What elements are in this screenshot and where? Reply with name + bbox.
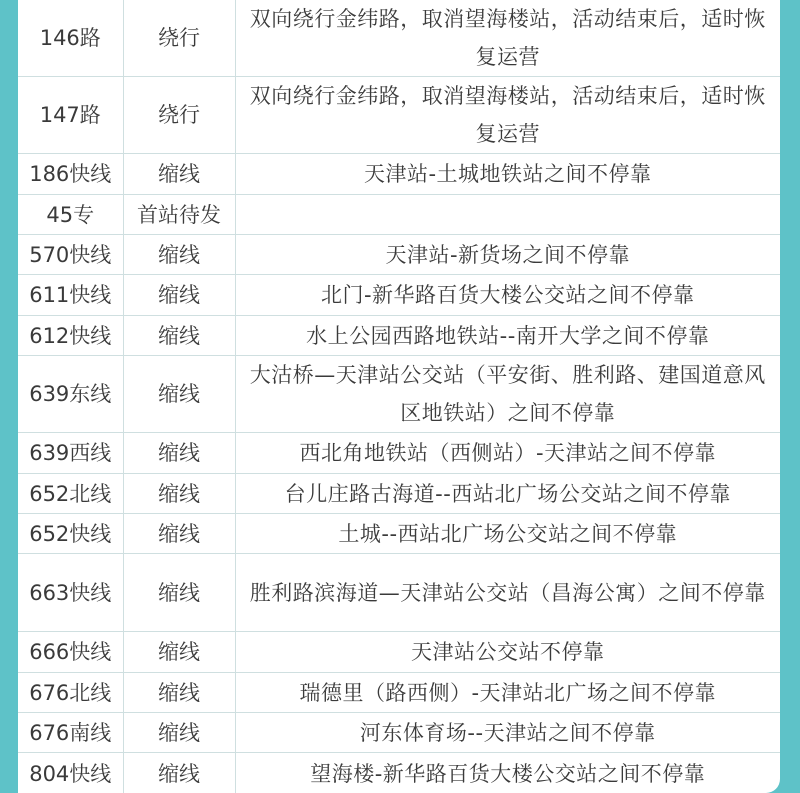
adjustment-type-cell: 缩线: [123, 554, 235, 632]
adjustment-type-cell: 首站待发: [123, 195, 235, 235]
description-cell: 双向绕行金纬路，取消望海楼站，活动结束后，适时恢复运营: [235, 0, 780, 77]
route-cell: 652快线: [18, 514, 123, 554]
route-cell: 804快线: [18, 753, 123, 793]
description-cell: 台儿庄路古海道--西站北广场公交站之间不停靠: [235, 474, 780, 514]
route-cell: 639西线: [18, 433, 123, 474]
route-cell: 147路: [18, 77, 123, 154]
route-cell: 146路: [18, 0, 123, 77]
route-cell: 666快线: [18, 632, 123, 673]
adjustment-type-cell: 缩线: [123, 275, 235, 316]
description-cell: 天津站公交站不停靠: [235, 632, 780, 673]
table-row: 652快线 缩线 土城--西站北广场公交站之间不停靠: [18, 514, 780, 554]
adjustment-type-cell: 缩线: [123, 713, 235, 753]
route-adjustment-table: 146路 绕行 双向绕行金纬路，取消望海楼站，活动结束后，适时恢复运营 147路…: [18, 0, 780, 793]
route-cell: 570快线: [18, 235, 123, 275]
adjustment-type-cell: 缩线: [123, 433, 235, 474]
adjustment-type-cell: 缩线: [123, 753, 235, 793]
adjustment-type-cell: 缩线: [123, 474, 235, 514]
table-row: 666快线 缩线 天津站公交站不停靠: [18, 632, 780, 673]
route-cell: 663快线: [18, 554, 123, 632]
adjustment-type-cell: 缩线: [123, 154, 235, 195]
adjustment-type-cell: 缩线: [123, 235, 235, 275]
route-cell: 676北线: [18, 673, 123, 713]
description-cell: 天津站-新货场之间不停靠: [235, 235, 780, 275]
table-row: 146路 绕行 双向绕行金纬路，取消望海楼站，活动结束后，适时恢复运营: [18, 0, 780, 77]
route-cell: 652北线: [18, 474, 123, 514]
table-row: 570快线 缩线 天津站-新货场之间不停靠: [18, 235, 780, 275]
adjustment-type-cell: 绕行: [123, 0, 235, 77]
adjustment-type-cell: 缩线: [123, 632, 235, 673]
route-cell: 186快线: [18, 154, 123, 195]
description-cell: 水上公园西路地铁站--南开大学之间不停靠: [235, 316, 780, 356]
table-row: 676南线 缩线 河东体育场--天津站之间不停靠: [18, 713, 780, 753]
description-cell: 河东体育场--天津站之间不停靠: [235, 713, 780, 753]
description-cell: 天津站-土城地铁站之间不停靠: [235, 154, 780, 195]
adjustment-type-cell: 绕行: [123, 77, 235, 154]
description-cell: [235, 195, 780, 235]
table-row: 663快线 缩线 胜利路滨海道—天津站公交站（昌海公寓）之间不停靠: [18, 554, 780, 632]
route-cell: 45专: [18, 195, 123, 235]
route-cell: 676南线: [18, 713, 123, 753]
table-row: 639西线 缩线 西北角地铁站（西侧站）-天津站之间不停靠: [18, 433, 780, 474]
route-cell: 639东线: [18, 356, 123, 433]
table-row: 611快线 缩线 北门-新华路百货大楼公交站之间不停靠: [18, 275, 780, 316]
notice-table-frame: 146路 绕行 双向绕行金纬路，取消望海楼站，活动结束后，适时恢复运营 147路…: [18, 0, 780, 793]
adjustment-type-cell: 缩线: [123, 673, 235, 713]
description-cell: 土城--西站北广场公交站之间不停靠: [235, 514, 780, 554]
description-cell: 西北角地铁站（西侧站）-天津站之间不停靠: [235, 433, 780, 474]
table-row: 45专 首站待发: [18, 195, 780, 235]
table-row: 639东线 缩线 大沽桥—天津站公交站（平安街、胜利路、建国道意风区地铁站）之间…: [18, 356, 780, 433]
route-cell: 612快线: [18, 316, 123, 356]
route-cell: 611快线: [18, 275, 123, 316]
table-row: 147路 绕行 双向绕行金纬路，取消望海楼站，活动结束后，适时恢复运营: [18, 77, 780, 154]
table-row: 612快线 缩线 水上公园西路地铁站--南开大学之间不停靠: [18, 316, 780, 356]
description-cell: 双向绕行金纬路，取消望海楼站，活动结束后，适时恢复运营: [235, 77, 780, 154]
description-cell: 大沽桥—天津站公交站（平安街、胜利路、建国道意风区地铁站）之间不停靠: [235, 356, 780, 433]
description-cell: 望海楼-新华路百货大楼公交站之间不停靠: [235, 753, 780, 793]
adjustment-type-cell: 缩线: [123, 316, 235, 356]
description-cell: 瑞德里（路西侧）-天津站北广场之间不停靠: [235, 673, 780, 713]
description-cell: 胜利路滨海道—天津站公交站（昌海公寓）之间不停靠: [235, 554, 780, 632]
table-row: 676北线 缩线 瑞德里（路西侧）-天津站北广场之间不停靠: [18, 673, 780, 713]
table-row: 652北线 缩线 台儿庄路古海道--西站北广场公交站之间不停靠: [18, 474, 780, 514]
adjustment-type-cell: 缩线: [123, 514, 235, 554]
table-row: 804快线 缩线 望海楼-新华路百货大楼公交站之间不停靠: [18, 753, 780, 793]
adjustment-type-cell: 缩线: [123, 356, 235, 433]
description-cell: 北门-新华路百货大楼公交站之间不停靠: [235, 275, 780, 316]
table-row: 186快线 缩线 天津站-土城地铁站之间不停靠: [18, 154, 780, 195]
